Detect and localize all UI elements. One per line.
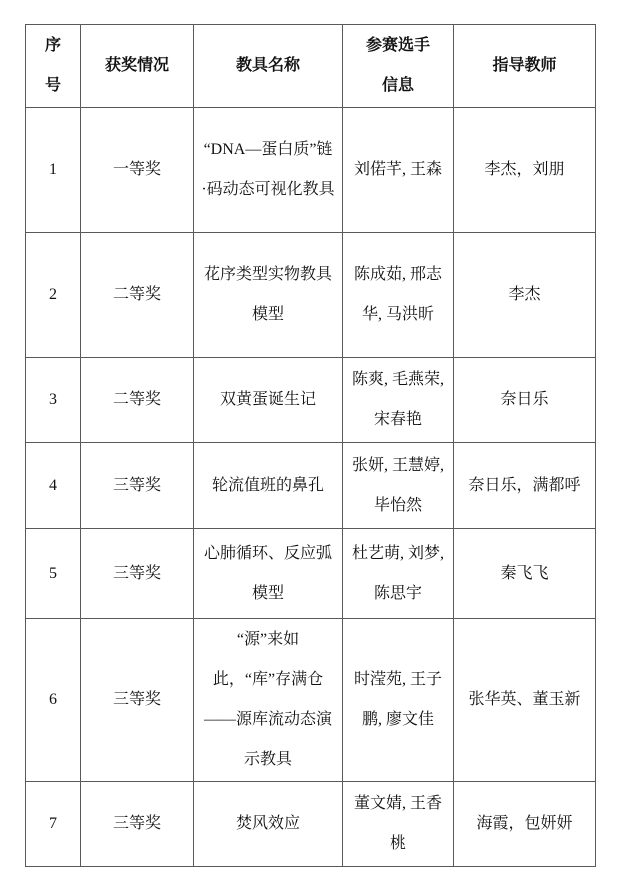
cell-contestants: 时滢苑, 王子鹏, 廖文佳 [343, 619, 454, 782]
cell-serial-number: 1 [26, 108, 81, 233]
cell-contestants: 刘偌芊, 王森 [343, 108, 454, 233]
cell-aid-name: “源”来如此，“库”存满仓——源库流动态演示教具 [194, 619, 343, 782]
cell-contestants: 董文婧, 王香桃 [343, 782, 454, 867]
table-row: 6 三等奖 “源”来如此，“库”存满仓——源库流动态演示教具 时滢苑, 王子鹏,… [26, 619, 596, 782]
table-row: 2 二等奖 花序类型实物教具模型 陈成茹, 邢志华, 马洪昕 李杰 [26, 233, 596, 358]
cell-aid-name: 轮流值班的鼻孔 [194, 443, 343, 529]
cell-aid-name: 心肺循环、反应弧模型 [194, 529, 343, 619]
cell-aid-name: 焚风效应 [194, 782, 343, 867]
cell-serial-number: 5 [26, 529, 81, 619]
cell-award-status: 三等奖 [81, 529, 194, 619]
cell-teachers: 秦飞飞 [454, 529, 596, 619]
awards-table-header: 序 号 获奖情况 教具名称 参赛选手 信息 指导教师 [26, 25, 596, 108]
column-header-award-status: 获奖情况 [81, 25, 194, 108]
document-page: 序 号 获奖情况 教具名称 参赛选手 信息 指导教师 1 一等奖 “DNA—蛋白… [0, 0, 620, 876]
table-row: 3 二等奖 双黄蛋诞生记 陈爽, 毛燕荣, 宋春艳 奈日乐 [26, 358, 596, 443]
table-row: 4 三等奖 轮流值班的鼻孔 张妍, 王慧婷, 毕怡然 奈日乐，满都呼 [26, 443, 596, 529]
cell-contestants: 陈成茹, 邢志华, 马洪昕 [343, 233, 454, 358]
cell-aid-name: 双黄蛋诞生记 [194, 358, 343, 443]
column-header-teachers: 指导教师 [454, 25, 596, 108]
column-header-contestants: 参赛选手 信息 [343, 25, 454, 108]
header-row: 序 号 获奖情况 教具名称 参赛选手 信息 指导教师 [26, 25, 596, 108]
cell-award-status: 三等奖 [81, 443, 194, 529]
cell-award-status: 一等奖 [81, 108, 194, 233]
cell-serial-number: 7 [26, 782, 81, 867]
cell-teachers: 李杰 [454, 233, 596, 358]
table-row: 5 三等奖 心肺循环、反应弧模型 杜艺萌, 刘梦, 陈思宇 秦飞飞 [26, 529, 596, 619]
cell-teachers: 海霞，包妍妍 [454, 782, 596, 867]
table-row: 1 一等奖 “DNA—蛋白质”链·码动态可视化教具 刘偌芊, 王森 李杰，刘朋 [26, 108, 596, 233]
cell-award-status: 三等奖 [81, 619, 194, 782]
cell-serial-number: 3 [26, 358, 81, 443]
cell-contestants: 杜艺萌, 刘梦, 陈思宇 [343, 529, 454, 619]
cell-serial-number: 2 [26, 233, 81, 358]
cell-teachers: 张华英、董玉新 [454, 619, 596, 782]
cell-teachers: 李杰，刘朋 [454, 108, 596, 233]
awards-table: 序 号 获奖情况 教具名称 参赛选手 信息 指导教师 1 一等奖 “DNA—蛋白… [25, 24, 596, 867]
cell-serial-number: 6 [26, 619, 81, 782]
cell-teachers: 奈日乐 [454, 358, 596, 443]
cell-award-status: 三等奖 [81, 782, 194, 867]
cell-contestants: 张妍, 王慧婷, 毕怡然 [343, 443, 454, 529]
cell-award-status: 二等奖 [81, 233, 194, 358]
column-header-aid-name: 教具名称 [194, 25, 343, 108]
cell-contestants: 陈爽, 毛燕荣, 宋春艳 [343, 358, 454, 443]
awards-table-body: 1 一等奖 “DNA—蛋白质”链·码动态可视化教具 刘偌芊, 王森 李杰，刘朋 … [26, 108, 596, 867]
cell-award-status: 二等奖 [81, 358, 194, 443]
cell-teachers: 奈日乐，满都呼 [454, 443, 596, 529]
cell-aid-name: “DNA—蛋白质”链·码动态可视化教具 [194, 108, 343, 233]
cell-aid-name: 花序类型实物教具模型 [194, 233, 343, 358]
cell-serial-number: 4 [26, 443, 81, 529]
column-header-serial-number: 序 号 [26, 25, 81, 108]
table-row: 7 三等奖 焚风效应 董文婧, 王香桃 海霞，包妍妍 [26, 782, 596, 867]
